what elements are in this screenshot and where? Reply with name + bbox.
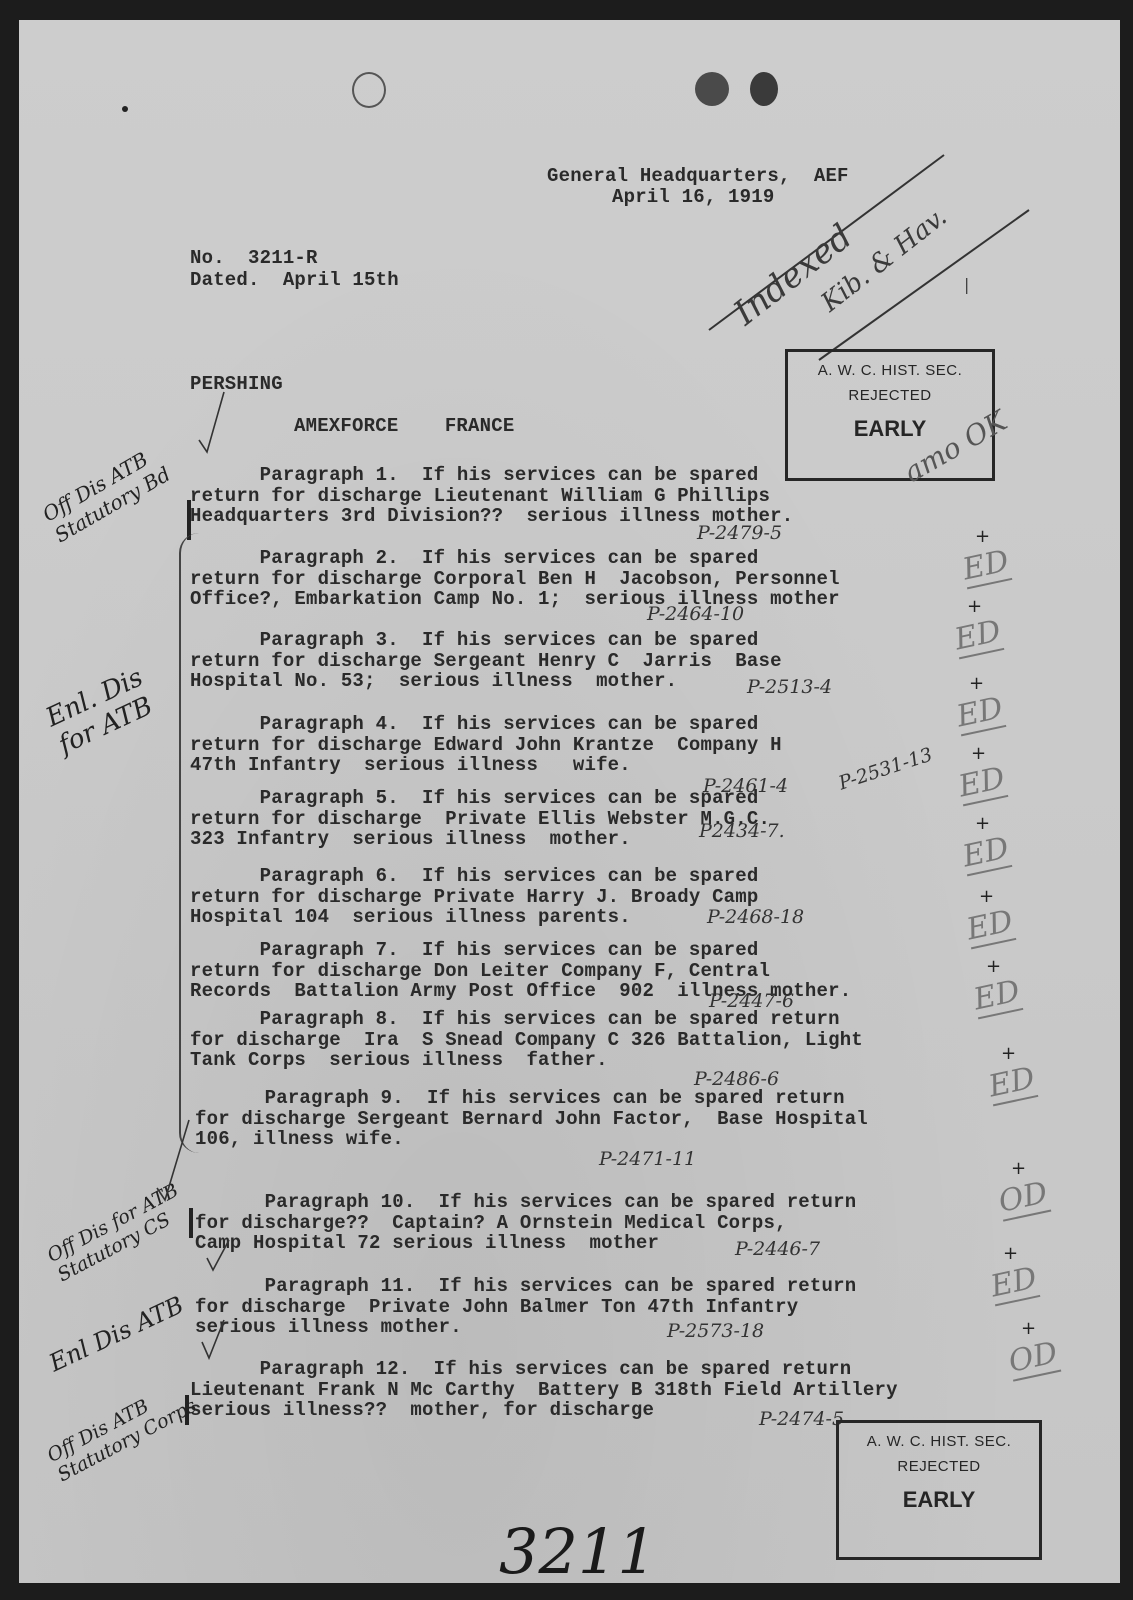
plus-mark: + — [986, 956, 1001, 977]
plus-mark: + — [969, 673, 984, 694]
plus-mark: + — [1011, 1158, 1026, 1179]
plus-mark: + — [975, 813, 990, 834]
plus-mark: + — [1001, 1043, 1016, 1064]
plus-mark: + — [1003, 1243, 1018, 1264]
file-number: 3211 — [499, 1515, 657, 1588]
plus-mark: + — [1021, 1318, 1036, 1339]
stamp-label: EARLY — [839, 1487, 1039, 1513]
plus-mark: + — [975, 526, 990, 547]
plus-mark: + — [967, 596, 982, 617]
plus-mark: + — [979, 886, 994, 907]
document-page: General Headquarters, AEF April 16, 1919… — [19, 20, 1120, 1583]
plus-mark: + — [971, 743, 986, 764]
stamp-status: REJECTED — [839, 1458, 1039, 1475]
stamp-org: A. W. C. HIST. SEC. — [839, 1433, 1039, 1450]
check-marks — [19, 20, 1120, 1583]
rejected-stamp-bottom: A. W. C. HIST. SEC. REJECTED EARLY — [836, 1420, 1042, 1560]
